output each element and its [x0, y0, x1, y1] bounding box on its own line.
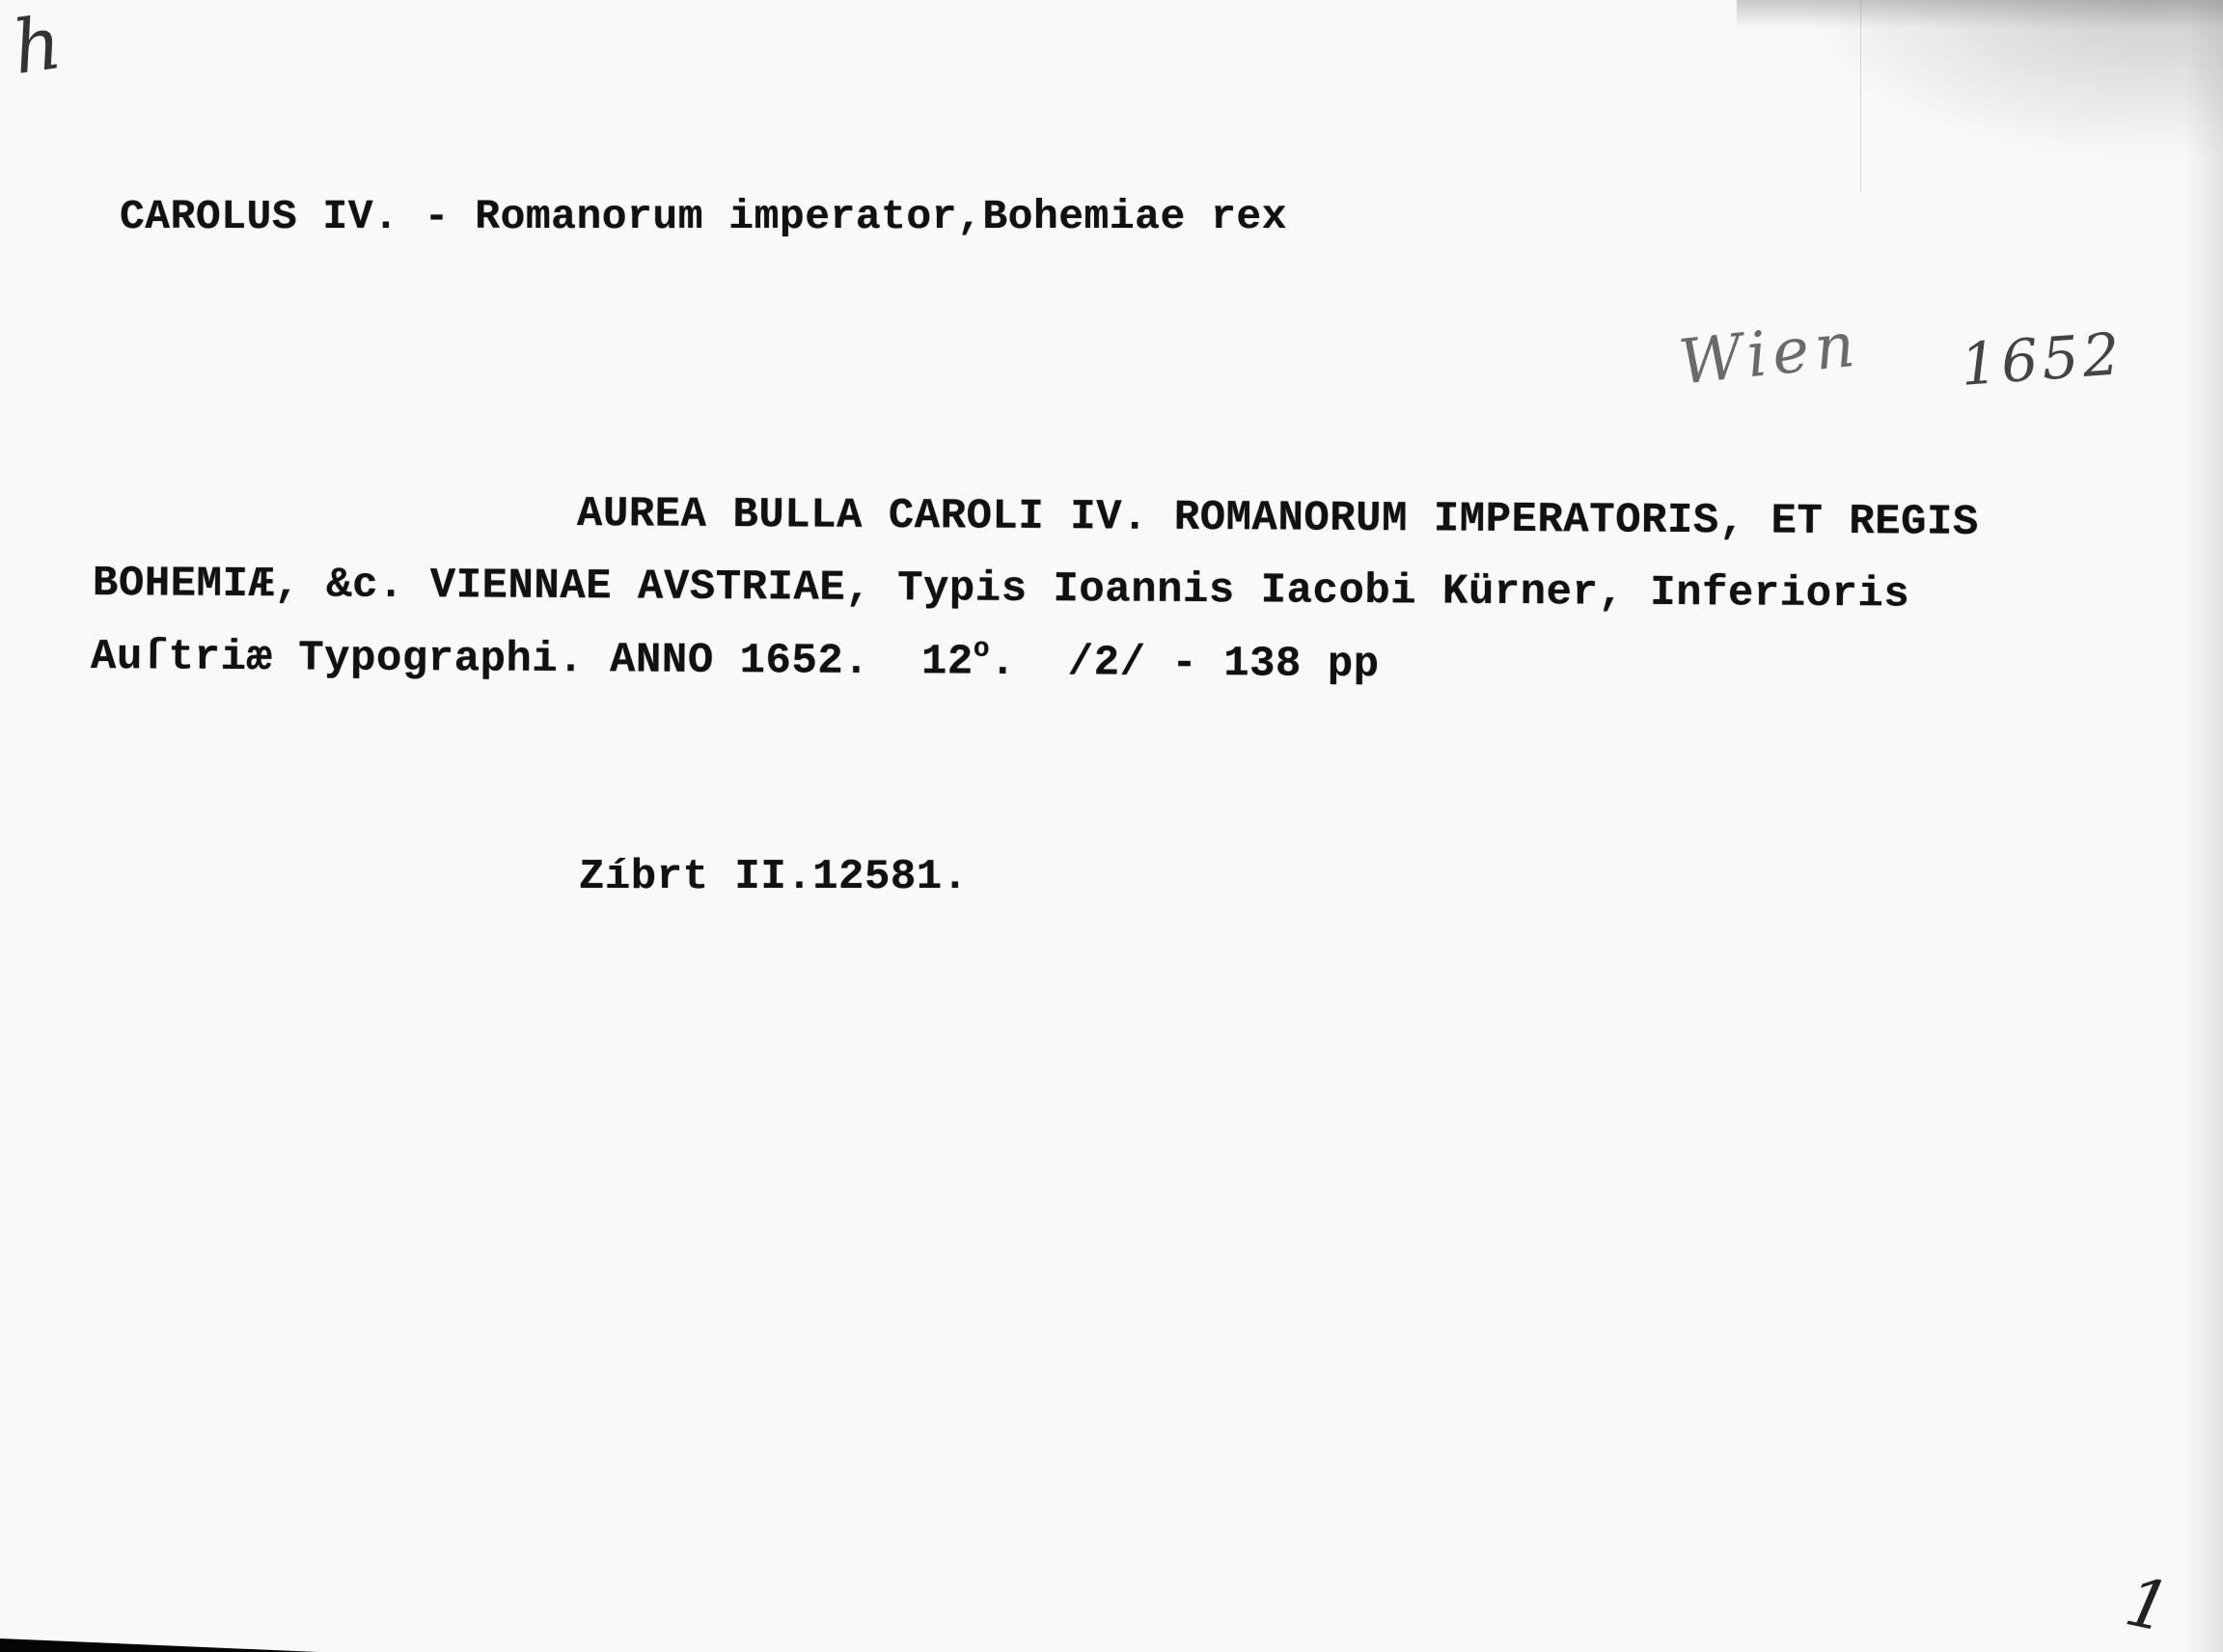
imprint-line: Auſtriæ Typographi. ANNO 1652. 12o. /2/ …: [91, 629, 1380, 689]
scan-artifact-line: [1860, 0, 1861, 193]
scan-dark-edge: [0, 1638, 318, 1652]
handwritten-page-number: 1: [2119, 1561, 2178, 1647]
title-line-2: BOHEMIÆ, &c. VIENNAE AVSTRIAE, Typis Ioa…: [93, 560, 1910, 619]
scan-smudge: [1737, 0, 2223, 29]
format-degree: o: [974, 635, 991, 665]
title-line-1: AUREA BULLA CAROLI IV. ROMANORUM IMPERAT…: [577, 490, 1979, 547]
handwritten-place: Wien: [1676, 309, 1864, 399]
handwritten-corner-mark: h: [8, 0, 67, 91]
bibliographic-reference: Zíbrt II.12581.: [579, 853, 969, 901]
author-heading: CAROLUS IV. - Romanorum imperator,Bohemi…: [120, 193, 1287, 240]
imprint-text: Auſtriæ Typographi. ANNO 1652. 12: [91, 633, 974, 687]
collation-text: . /2/ - 138 pp: [990, 639, 1380, 689]
catalog-card: h CAROLUS IV. - Romanorum imperator,Bohe…: [0, 0, 2223, 1652]
handwritten-year: 1652: [1959, 320, 2126, 399]
